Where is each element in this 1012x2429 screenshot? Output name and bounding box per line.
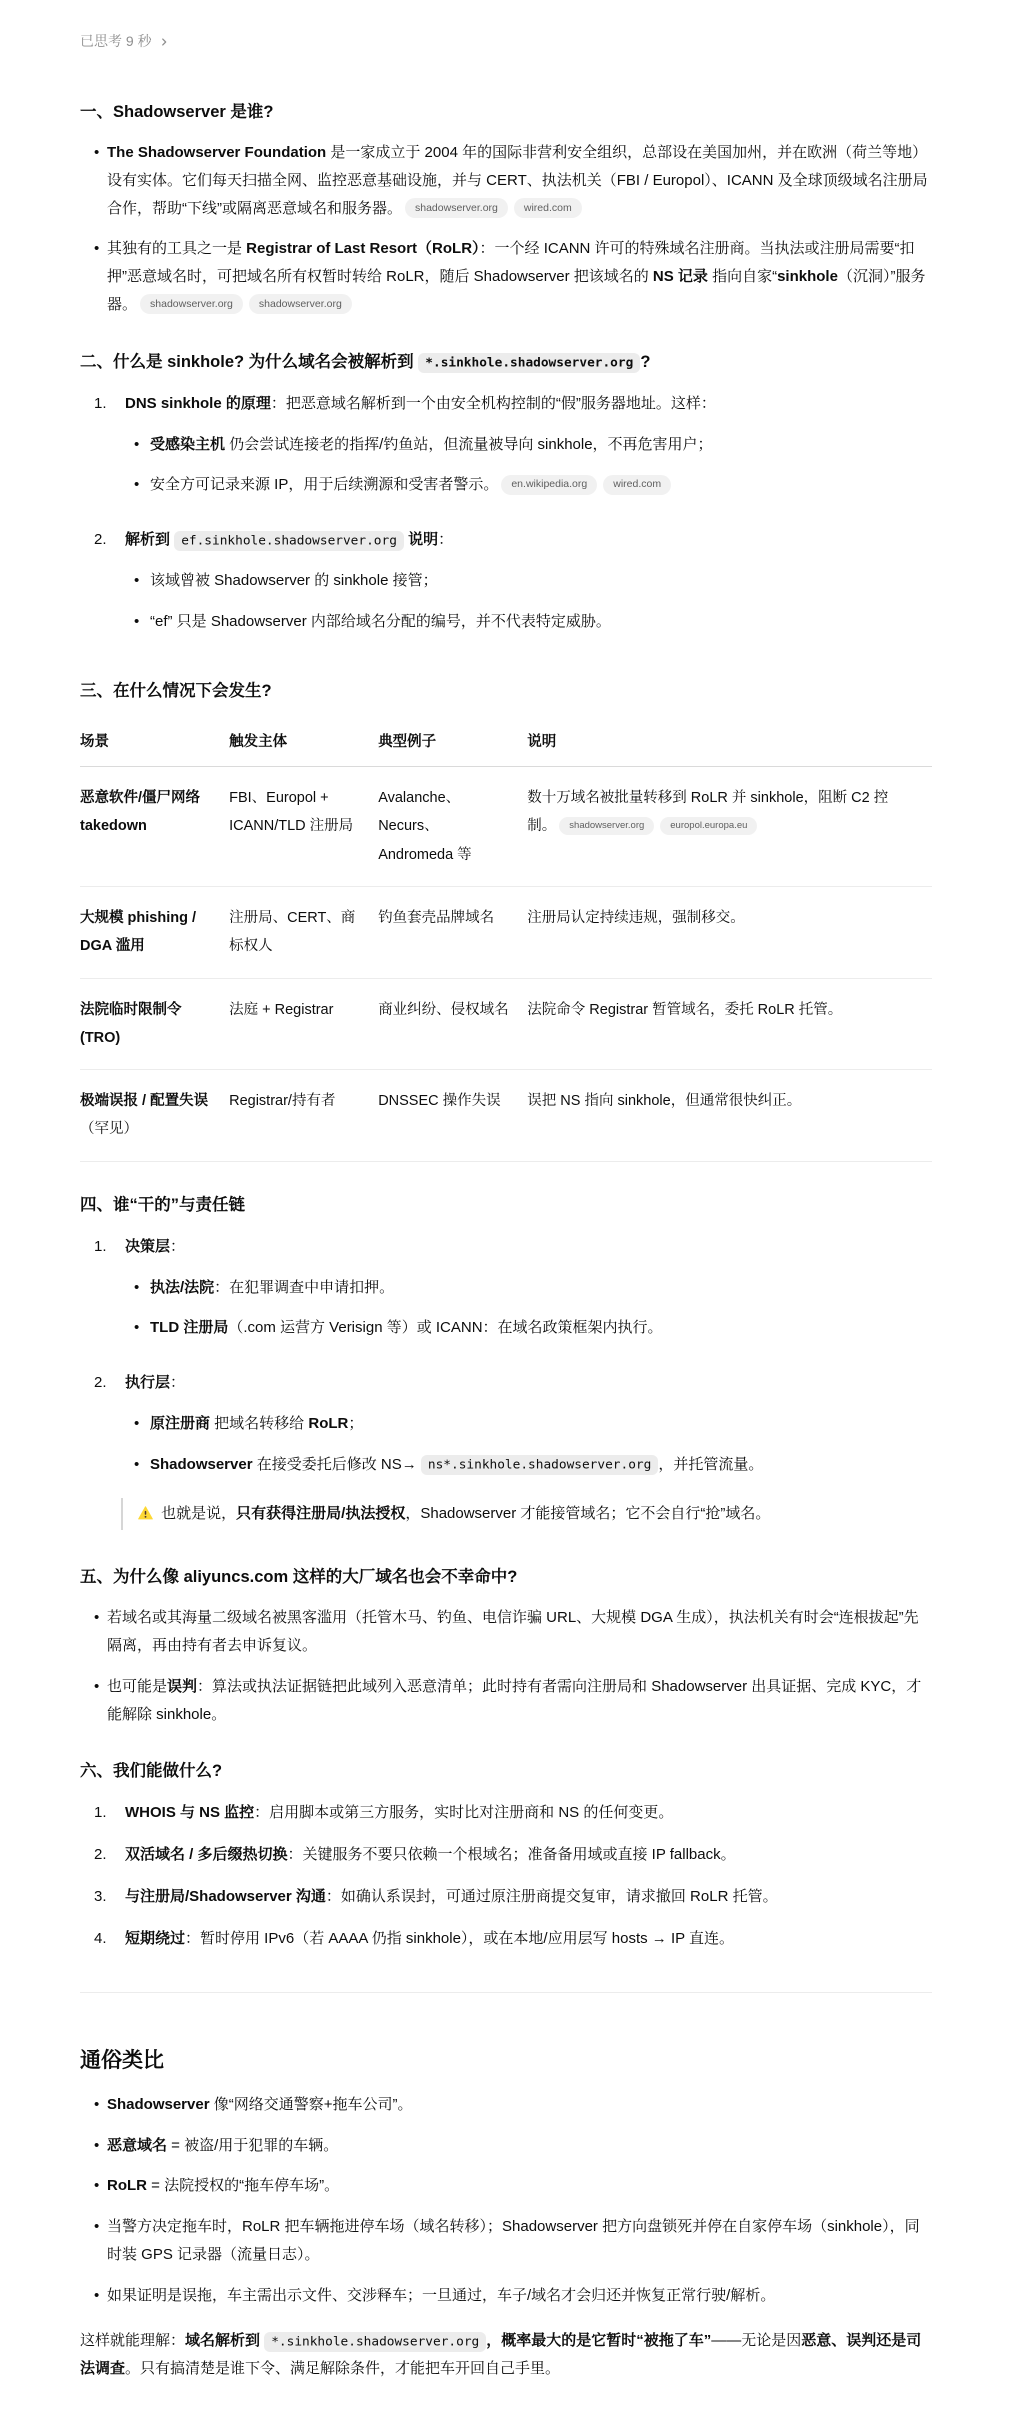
- list-number: 1.: [94, 390, 125, 512]
- numbered-list-item: 4.短期绕过：暂时停用 IPv6（若 AAAA 仍指 sinkhole），或在本…: [80, 1925, 932, 1953]
- list-item-text: 执法/法院：在犯罪调查中申请扣押。: [150, 1274, 932, 1302]
- text: 三、在什么情况下会发生?: [80, 682, 272, 700]
- numbered-list: 1.WHOIS 与 NS 监控：启用脚本或第三方服务，实时比对注册商和 NS 的…: [80, 1799, 932, 1952]
- text: ——无论是因: [711, 2332, 801, 2349]
- text: ：把恶意域名解析到一个由安全机构控制的“假”服务器地址。这样：: [271, 395, 716, 412]
- bold-text: 恶意软件/僵尸网络 takedown: [80, 790, 200, 834]
- table-header-cell: 说明: [527, 722, 932, 767]
- divider: [80, 1992, 932, 1993]
- table-cell: 误把 NS 指向 sinkhole，但通常很快纠正。: [527, 1070, 932, 1162]
- list-item-text: 也可能是误判：算法或执法证据链把此域列入恶意清单；此时持有者需向注册局和 Sha…: [107, 1673, 932, 1729]
- list-item-body: 如果证明是误拖，车主需出示文件、交涉释车；一旦通过，车子/域名才会归还并恢复正常…: [107, 2282, 932, 2310]
- table-header-row: 场景触发主体典型例子说明: [80, 722, 932, 767]
- bullet-icon: •: [134, 608, 150, 636]
- bold-text: RoLR: [308, 1415, 348, 1432]
- list-item-body: 决策层：•执法/法院：在犯罪调查中申请扣押。•TLD 注册局（.com 运营方 …: [125, 1233, 932, 1355]
- list-number: 1.: [94, 1799, 125, 1827]
- list-item: •原注册商 把域名转移给 RoLR；: [125, 1410, 932, 1438]
- major-heading: 通俗类比: [80, 2045, 932, 2077]
- bold-text: 执行层: [125, 1374, 170, 1391]
- warning-icon: [138, 1506, 153, 1520]
- list-item-body: 执法/法院：在犯罪调查中申请扣押。: [150, 1274, 932, 1302]
- text: 若域名或其海量二级域名被黑客滥用（托管木马、钓鱼、电信诈骗 URL、大规模 DG…: [107, 1609, 919, 1654]
- bullet-icon: •: [94, 2282, 107, 2310]
- text: 这样就能理解：: [80, 2332, 185, 2349]
- bold-text: 受感染主机: [150, 436, 225, 453]
- list-item-body: 当警方决定拖车时，RoLR 把车辆拖进停车场（域名转移）；Shadowserve…: [107, 2213, 932, 2269]
- text: ：: [438, 531, 453, 548]
- list-item-body: DNS sinkhole 的原理：把恶意域名解析到一个由安全机构控制的“假”服务…: [125, 390, 932, 512]
- assistant-message: 已思考 9 秒 一、Shadowserver 是谁?•The Shadowser…: [0, 0, 1012, 2429]
- list-item-body: 该域曾被 Shadowserver 的 sinkhole 接管；: [150, 567, 932, 595]
- text: ，Shadowserver 才能接管域名；它不会自行“抢”域名。: [405, 1505, 770, 1522]
- bullet-icon: •: [94, 2132, 107, 2160]
- text: ：启用脚本或第三方服务，实时比对注册商和 NS 的任何变更。: [254, 1804, 673, 1821]
- section-heading: 六、我们能做什么?: [80, 1758, 932, 1785]
- list-item: •The Shadowserver Foundation 是一家成立于 2004…: [80, 139, 932, 222]
- list-item: •TLD 注册局（.com 运营方 Verisign 等）或 ICANN：在域名…: [125, 1314, 932, 1342]
- text: 法院命令 Registrar 暂管域名，委托 RoLR 托管。: [527, 1002, 842, 1018]
- list-item-text: 当警方决定拖车时，RoLR 把车辆拖进停车场（域名转移）；Shadowserve…: [107, 2213, 932, 2269]
- list-item-text: 该域曾被 Shadowserver 的 sinkhole 接管；: [150, 567, 932, 595]
- section-heading: 三、在什么情况下会发生?: [80, 678, 932, 705]
- list-item-text: 如果证明是误拖，车主需出示文件、交涉释车；一旦通过，车子/域名才会归还并恢复正常…: [107, 2282, 932, 2310]
- text: = 法院授权的“拖车停车场”。: [147, 2177, 339, 2194]
- bullet-list: •The Shadowserver Foundation 是一家成立于 2004…: [80, 139, 932, 319]
- bullet-icon: •: [94, 2091, 107, 2119]
- bold-text: The Shadowserver Foundation: [107, 144, 326, 161]
- table-cell: 大规模 phishing / DGA 滥用: [80, 886, 229, 978]
- scenario-table: 场景触发主体典型例子说明恶意软件/僵尸网络 takedownFBI、Europo…: [80, 722, 932, 1162]
- table-cell: 极端误报 / 配置失误（罕见）: [80, 1070, 229, 1162]
- thinking-summary-label: 已思考 9 秒: [80, 29, 152, 55]
- text: 当警方决定拖车时，RoLR 把车辆拖进停车场（域名转移）；Shadowserve…: [107, 2218, 920, 2263]
- bold-text: 双活域名 / 多后缀热切换: [125, 1846, 288, 1863]
- bold-text: Shadowserver: [107, 2096, 210, 2113]
- list-item-body: 恶意域名 = 被盗/用于犯罪的车辆。: [107, 2132, 932, 2160]
- bold-text: 解析到: [125, 531, 170, 548]
- list-item-text: DNS sinkhole 的原理：把恶意域名解析到一个由安全机构控制的“假”服务…: [125, 390, 932, 418]
- list-item-body: “ef” 只是 Shadowserver 内部给域名分配的编号，并不代表特定威胁…: [150, 608, 932, 636]
- bold-text: 决策层: [125, 1238, 170, 1255]
- table-cell: 法院命令 Registrar 暂管域名，委托 RoLR 托管。: [527, 978, 932, 1070]
- text: Avalanche、Necurs、Andromeda 等: [378, 790, 472, 863]
- text: = 被盗/用于犯罪的车辆。: [167, 2137, 338, 2154]
- text: 如果证明是误拖，车主需出示文件、交涉释车；一旦通过，车子/域名才会归还并恢复正常…: [107, 2287, 775, 2304]
- section-heading: 二、什么是 sinkhole? 为什么域名会被解析到 *.sinkhole.sh…: [80, 349, 932, 376]
- list-item-text: 若域名或其海量二级域名被黑客滥用（托管木马、钓鱼、电信诈骗 URL、大规模 DG…: [107, 1604, 932, 1660]
- list-item-text: 执行层：: [125, 1369, 932, 1397]
- text: ：算法或执法证据链把此域列入恶意清单；此时持有者需向注册局和 Shadowser…: [107, 1678, 921, 1723]
- text: 钓鱼套壳品牌域名: [378, 910, 494, 926]
- list-item-body: 安全方可记录来源 IP，用于后续溯源和受害者警示。en.wikipedia.or…: [150, 471, 932, 499]
- text: 安全方可记录来源 IP，用于后续溯源和受害者警示。: [150, 476, 498, 493]
- section-heading: 一、Shadowserver 是谁?: [80, 99, 932, 126]
- list-item: •安全方可记录来源 IP，用于后续溯源和受害者警示。en.wikipedia.o…: [125, 471, 932, 499]
- list-item-text: WHOIS 与 NS 监控：启用脚本或第三方服务，实时比对注册商和 NS 的任何…: [125, 1799, 932, 1827]
- list-item: •也可能是误判：算法或执法证据链把此域列入恶意清单；此时持有者需向注册局和 Sh…: [80, 1673, 932, 1729]
- citation-chip[interactable]: shadowserver.org: [405, 198, 508, 218]
- list-item-text: 安全方可记录来源 IP，用于后续溯源和受害者警示。en.wikipedia.or…: [150, 471, 932, 499]
- table-cell: Avalanche、Necurs、Andromeda 等: [378, 767, 527, 887]
- numbered-list-item: 2.解析到 ef.sinkhole.shadowserver.org 说明：•该…: [80, 526, 932, 648]
- bullet-icon: •: [94, 1604, 107, 1660]
- bullet-list: •若域名或其海量二级域名被黑客滥用（托管木马、钓鱼、电信诈骗 URL、大规模 D…: [80, 1604, 932, 1728]
- bullet-list: •Shadowserver 像“网络交通警察+拖车公司”。•恶意域名 = 被盗/…: [80, 2091, 932, 2310]
- list-item: •当警方决定拖车时，RoLR 把车辆拖进停车场（域名转移）；Shadowserv…: [80, 2213, 932, 2269]
- table-cell: 数十万域名被批量转移到 RoLR 并 sinkhole，阻断 C2 控制。sha…: [527, 767, 932, 887]
- bullet-icon: •: [134, 431, 150, 459]
- list-item: •如果证明是误拖，车主需出示文件、交涉释车；一旦通过，车子/域名才会归还并恢复正…: [80, 2282, 932, 2310]
- bold-text: 域名解析到: [185, 2332, 260, 2349]
- citation-chip[interactable]: shadowserver.org: [249, 294, 352, 314]
- bullet-icon: •: [94, 1673, 107, 1729]
- list-item-text: 解析到 ef.sinkhole.shadowserver.org 说明：: [125, 526, 932, 554]
- list-item: •执法/法院：在犯罪调查中申请扣押。: [125, 1274, 932, 1302]
- list-item-body: 解析到 ef.sinkhole.shadowserver.org 说明：•该域曾…: [125, 526, 932, 648]
- text: 其独有的工具之一是: [107, 240, 246, 257]
- table-row: 法院临时限制令 (TRO)法庭 + Registrar商业纠纷、侵权域名法院命令…: [80, 978, 932, 1070]
- list-item: •恶意域名 = 被盗/用于犯罪的车辆。: [80, 2132, 932, 2160]
- text: 法庭 + Registrar: [229, 1002, 333, 1018]
- bold-text: sinkhole: [777, 268, 838, 285]
- thinking-summary-toggle[interactable]: 已思考 9 秒: [80, 29, 169, 55]
- bold-text: 执法/法院: [150, 1279, 214, 1296]
- table-cell: 钓鱼套壳品牌域名: [378, 886, 527, 978]
- text: FBI、Europol + ICANN/TLD 注册局: [229, 790, 353, 834]
- list-item-text: “ef” 只是 Shadowserver 内部给域名分配的编号，并不代表特定威胁…: [150, 608, 932, 636]
- bold-text: Shadowserver: [150, 1456, 253, 1473]
- text: （罕见）: [80, 1121, 138, 1137]
- bold-text: 只有获得注册局/执法授权: [236, 1505, 405, 1522]
- list-item-text: 短期绕过：暂时停用 IPv6（若 AAAA 仍指 sinkhole），或在本地/…: [125, 1925, 932, 1953]
- citation-chip[interactable]: shadowserver.org: [140, 294, 243, 314]
- text: ?: [640, 353, 650, 371]
- table-head: 场景触发主体典型例子说明: [80, 722, 932, 767]
- text: 通俗类比: [80, 2049, 164, 2072]
- text: 像“网络交通警察+拖车公司”。: [210, 2096, 413, 2113]
- list-item-text: 双活域名 / 多后缀热切换：关键服务不要只依赖一个根域名；准备备用域或直接 IP…: [125, 1841, 932, 1869]
- table-row: 恶意软件/僵尸网络 takedownFBI、Europol + ICANN/TL…: [80, 767, 932, 887]
- table-row: 极端误报 / 配置失误（罕见）Registrar/持有者DNSSEC 操作失误误…: [80, 1070, 932, 1162]
- list-item-body: 也可能是误判：算法或执法证据链把此域列入恶意清单；此时持有者需向注册局和 Sha…: [107, 1673, 932, 1729]
- bullet-icon: •: [134, 471, 150, 499]
- bullet-icon: •: [94, 2213, 107, 2269]
- inline-code: ef.sinkhole.shadowserver.org: [174, 531, 404, 551]
- text: ：如确认系误封，可通过原注册商提交复审，请求撤回 RoLR 托管。: [326, 1888, 778, 1905]
- list-item-text: Shadowserver 像“网络交通警察+拖车公司”。: [107, 2091, 932, 2119]
- table-cell: 法院临时限制令 (TRO): [80, 978, 229, 1070]
- text: 把域名转移给: [210, 1415, 308, 1432]
- list-number: 1.: [94, 1233, 125, 1355]
- list-item-text: TLD 注册局（.com 运营方 Verisign 等）或 ICANN：在域名政…: [150, 1314, 932, 1342]
- text: 二、什么是 sinkhole? 为什么域名会被解析到: [80, 353, 418, 371]
- bullet-list: •执法/法院：在犯罪调查中申请扣押。•TLD 注册局（.com 运营方 Veri…: [125, 1274, 932, 1343]
- list-item-body: Shadowserver 在接受委托后修改 NS→ ns*.sinkhole.s…: [150, 1451, 932, 1479]
- table-header-cell: 触发主体: [229, 722, 378, 767]
- text: 也就是说，: [157, 1505, 236, 1522]
- text: ：暂时停用 IPv6（若 AAAA 仍指 sinkhole），或在本地/应用层写…: [185, 1930, 734, 1947]
- citation-chip[interactable]: en.wikipedia.org: [501, 475, 597, 495]
- bullet-icon: •: [94, 139, 107, 222]
- list-item-body: 双活域名 / 多后缀热切换：关键服务不要只依赖一个根域名；准备备用域或直接 IP…: [125, 1841, 932, 1869]
- text: ，并托管流量。: [658, 1456, 763, 1473]
- text: 五、为什么像 aliyuncs.com 这样的大厂域名也会不幸命中?: [80, 1568, 517, 1586]
- list-number: 2.: [94, 1841, 125, 1869]
- text: ：关键服务不要只依赖一个根域名；准备备用域或直接 IP fallback。: [288, 1846, 736, 1863]
- list-item: •Shadowserver 像“网络交通警察+拖车公司”。: [80, 2091, 932, 2119]
- table-cell: 注册局、CERT、商标权人: [229, 886, 378, 978]
- list-item-text: 受感染主机 仍会尝试连接老的指挥/钓鱼站，但流量被导向 sinkhole，不再危…: [150, 431, 932, 459]
- table-body: 恶意软件/僵尸网络 takedownFBI、Europol + ICANN/TL…: [80, 767, 932, 1161]
- list-item-text: RoLR = 法院授权的“拖车停车场”。: [107, 2172, 932, 2200]
- list-item: •“ef” 只是 Shadowserver 内部给域名分配的编号，并不代表特定威…: [125, 608, 932, 636]
- text: 商业纠纷、侵权域名: [378, 1002, 509, 1018]
- bullet-list: •受感染主机 仍会尝试连接老的指挥/钓鱼站，但流量被导向 sinkhole，不再…: [125, 431, 932, 500]
- list-item-text: 与注册局/Shadowserver 沟通：如确认系误封，可通过原注册商提交复审，…: [125, 1883, 932, 1911]
- table-cell: 法庭 + Registrar: [229, 978, 378, 1070]
- numbered-list-item: 2.双活域名 / 多后缀热切换：关键服务不要只依赖一个根域名；准备备用域或直接 …: [80, 1841, 932, 1869]
- bullet-icon: •: [134, 567, 150, 595]
- list-number: 3.: [94, 1883, 125, 1911]
- list-item: •RoLR = 法院授权的“拖车停车场”。: [80, 2172, 932, 2200]
- text: 在接受委托后修改 NS→: [253, 1456, 421, 1473]
- bullet-list: •原注册商 把域名转移给 RoLR；•Shadowserver 在接受委托后修改…: [125, 1410, 932, 1479]
- table-cell: FBI、Europol + ICANN/TLD 注册局: [229, 767, 378, 887]
- text: ：在犯罪调查中申请扣押。: [214, 1279, 394, 1296]
- text: 四、谁“干的”与责任链: [80, 1196, 245, 1214]
- section-heading: 四、谁“干的”与责任链: [80, 1192, 932, 1219]
- text: 也可能是: [107, 1678, 167, 1695]
- table-cell: DNSSEC 操作失误: [378, 1070, 527, 1162]
- text: 仍会尝试连接老的指挥/钓鱼站，但流量被导向 sinkhole，不再危害用户；: [225, 436, 713, 453]
- bold-text: DNS sinkhole 的原理: [125, 395, 271, 412]
- list-item: •其独有的工具之一是 Registrar of Last Resort（RoLR…: [80, 235, 932, 318]
- chevron-right-icon: [159, 37, 169, 47]
- bold-text: 短期绕过: [125, 1930, 185, 1947]
- bold-text: ，概率最大的是它暂时“被拖了车”: [486, 2332, 711, 2349]
- bold-text: 极端误报 / 配置失误: [80, 1093, 208, 1109]
- list-item-body: 原注册商 把域名转移给 RoLR；: [150, 1410, 932, 1438]
- list-item: •Shadowserver 在接受委托后修改 NS→ ns*.sinkhole.…: [125, 1451, 932, 1479]
- text: ：: [170, 1238, 185, 1255]
- bold-text: 说明: [408, 531, 438, 548]
- bold-text: 恶意域名: [107, 2137, 167, 2154]
- text: 该域曾被 Shadowserver 的 sinkhole 接管；: [150, 572, 438, 589]
- bold-text: 大规模 phishing / DGA 滥用: [80, 910, 196, 954]
- table-header-cell: 场景: [80, 722, 229, 767]
- numbered-list-item: 1.WHOIS 与 NS 监控：启用脚本或第三方服务，实时比对注册商和 NS 的…: [80, 1799, 932, 1827]
- text: 注册局认定持续违规，强制移交。: [527, 910, 745, 926]
- warning-blockquote: 也就是说，只有获得注册局/执法授权，Shadowserver 才能接管域名；它不…: [121, 1498, 932, 1530]
- table-header-cell: 典型例子: [378, 722, 527, 767]
- list-item-body: Shadowserver 像“网络交通警察+拖车公司”。: [107, 2091, 932, 2119]
- paragraph: 这样就能理解：域名解析到 *.sinkhole.shadowserver.org…: [80, 2327, 932, 2383]
- list-item-body: 短期绕过：暂时停用 IPv6（若 AAAA 仍指 sinkhole），或在本地/…: [125, 1925, 932, 1953]
- text: “ef” 只是 Shadowserver 内部给域名分配的编号，并不代表特定威胁…: [150, 613, 611, 630]
- message-content: 一、Shadowserver 是谁?•The Shadowserver Foun…: [80, 99, 932, 2383]
- inline-code: *.sinkhole.shadowserver.org: [418, 353, 640, 373]
- text: 误把 NS 指向 sinkhole，但通常很快纠正。: [527, 1093, 801, 1109]
- text: （.com 运营方 Verisign 等）或 ICANN：在域名政策框架内执行。: [228, 1319, 662, 1336]
- citation-chip[interactable]: wired.com: [603, 475, 671, 495]
- numbered-list-item: 1.决策层：•执法/法院：在犯罪调查中申请扣押。•TLD 注册局（.com 运营…: [80, 1233, 932, 1355]
- list-item: •若域名或其海量二级域名被黑客滥用（托管木马、钓鱼、电信诈骗 URL、大规模 D…: [80, 1604, 932, 1660]
- bullet-icon: •: [134, 1451, 150, 1479]
- citation-chip[interactable]: europol.europa.eu: [660, 817, 757, 835]
- bold-text: 法院临时限制令 (TRO): [80, 1002, 182, 1046]
- list-item-body: 执行层：•原注册商 把域名转移给 RoLR；•Shadowserver 在接受委…: [125, 1369, 932, 1534]
- inline-code: *.sinkhole.shadowserver.org: [264, 2332, 486, 2352]
- bullet-icon: •: [134, 1274, 150, 1302]
- bullet-list: •该域曾被 Shadowserver 的 sinkhole 接管；•“ef” 只…: [125, 567, 932, 636]
- list-item-text: 原注册商 把域名转移给 RoLR；: [150, 1410, 932, 1438]
- text: 一、Shadowserver 是谁?: [80, 103, 273, 121]
- list-item-body: RoLR = 法院授权的“拖车停车场”。: [107, 2172, 932, 2200]
- list-item-body: WHOIS 与 NS 监控：启用脚本或第三方服务，实时比对注册商和 NS 的任何…: [125, 1799, 932, 1827]
- bold-text: RoLR: [107, 2177, 147, 2194]
- numbered-list-item: 2.执行层：•原注册商 把域名转移给 RoLR；•Shadowserver 在接…: [80, 1369, 932, 1534]
- text: 指向自家“: [708, 268, 777, 285]
- section-heading: 五、为什么像 aliyuncs.com 这样的大厂域名也会不幸命中?: [80, 1564, 932, 1591]
- list-item: •该域曾被 Shadowserver 的 sinkhole 接管；: [125, 567, 932, 595]
- numbered-list-item: 1.DNS sinkhole 的原理：把恶意域名解析到一个由安全机构控制的“假”…: [80, 390, 932, 512]
- bold-text: TLD 注册局: [150, 1319, 228, 1336]
- list-item-text: The Shadowserver Foundation 是一家成立于 2004 …: [107, 139, 932, 222]
- list-item-body: The Shadowserver Foundation 是一家成立于 2004 …: [107, 139, 932, 222]
- list-number: 4.: [94, 1925, 125, 1953]
- bullet-icon: •: [134, 1410, 150, 1438]
- table-cell: 恶意软件/僵尸网络 takedown: [80, 767, 229, 887]
- bold-text: WHOIS 与 NS 监控: [125, 1804, 254, 1821]
- numbered-list: 1.DNS sinkhole 的原理：把恶意域名解析到一个由安全机构控制的“假”…: [80, 390, 932, 649]
- text: 注册局、CERT、商标权人: [229, 910, 355, 954]
- text: ：: [170, 1374, 185, 1391]
- list-item: •受感染主机 仍会尝试连接老的指挥/钓鱼站，但流量被导向 sinkhole，不再…: [125, 431, 932, 459]
- bold-text: 原注册商: [150, 1415, 210, 1432]
- list-number: 2.: [94, 526, 125, 648]
- list-item-text: 其独有的工具之一是 Registrar of Last Resort（RoLR）…: [107, 235, 932, 318]
- text: 。只有搞清楚是谁下令、满足解除条件，才能把车开回自己手里。: [125, 2360, 560, 2377]
- numbered-list: 1.决策层：•执法/法院：在犯罪调查中申请扣押。•TLD 注册局（.com 运营…: [80, 1233, 932, 1534]
- citation-chip[interactable]: wired.com: [514, 198, 582, 218]
- text: DNSSEC 操作失误: [378, 1093, 500, 1109]
- text: 六、我们能做什么?: [80, 1762, 222, 1780]
- bold-text: 与注册局/Shadowserver 沟通: [125, 1888, 326, 1905]
- bold-text: Registrar of Last Resort（RoLR）: [246, 240, 479, 257]
- table-cell: Registrar/持有者: [229, 1070, 378, 1162]
- list-item-body: TLD 注册局（.com 运营方 Verisign 等）或 ICANN：在域名政…: [150, 1314, 932, 1342]
- bullet-icon: •: [94, 2172, 107, 2200]
- bold-text: NS 记录: [653, 268, 708, 285]
- list-item-body: 受感染主机 仍会尝试连接老的指挥/钓鱼站，但流量被导向 sinkhole，不再危…: [150, 431, 932, 459]
- list-item-text: 恶意域名 = 被盗/用于犯罪的车辆。: [107, 2132, 932, 2160]
- numbered-list-item: 3.与注册局/Shadowserver 沟通：如确认系误封，可通过原注册商提交复…: [80, 1883, 932, 1911]
- text: ；: [348, 1415, 363, 1432]
- citation-chip[interactable]: shadowserver.org: [559, 817, 654, 835]
- list-item-body: 与注册局/Shadowserver 沟通：如确认系误封，可通过原注册商提交复审，…: [125, 1883, 932, 1911]
- list-item-body: 其独有的工具之一是 Registrar of Last Resort（RoLR）…: [107, 235, 932, 318]
- inline-code: ns*.sinkhole.shadowserver.org: [421, 1455, 658, 1475]
- list-item-text: 决策层：: [125, 1233, 932, 1261]
- bullet-icon: •: [94, 235, 107, 318]
- bold-text: 误判: [167, 1678, 197, 1695]
- list-item-text: Shadowserver 在接受委托后修改 NS→ ns*.sinkhole.s…: [150, 1451, 932, 1479]
- bullet-icon: •: [134, 1314, 150, 1342]
- table-row: 大规模 phishing / DGA 滥用注册局、CERT、商标权人钓鱼套壳品牌…: [80, 886, 932, 978]
- table-cell: 商业纠纷、侵权域名: [378, 978, 527, 1070]
- list-item-body: 若域名或其海量二级域名被黑客滥用（托管木马、钓鱼、电信诈骗 URL、大规模 DG…: [107, 1604, 932, 1660]
- text: Registrar/持有者: [229, 1093, 335, 1109]
- table-cell: 注册局认定持续违规，强制移交。: [527, 886, 932, 978]
